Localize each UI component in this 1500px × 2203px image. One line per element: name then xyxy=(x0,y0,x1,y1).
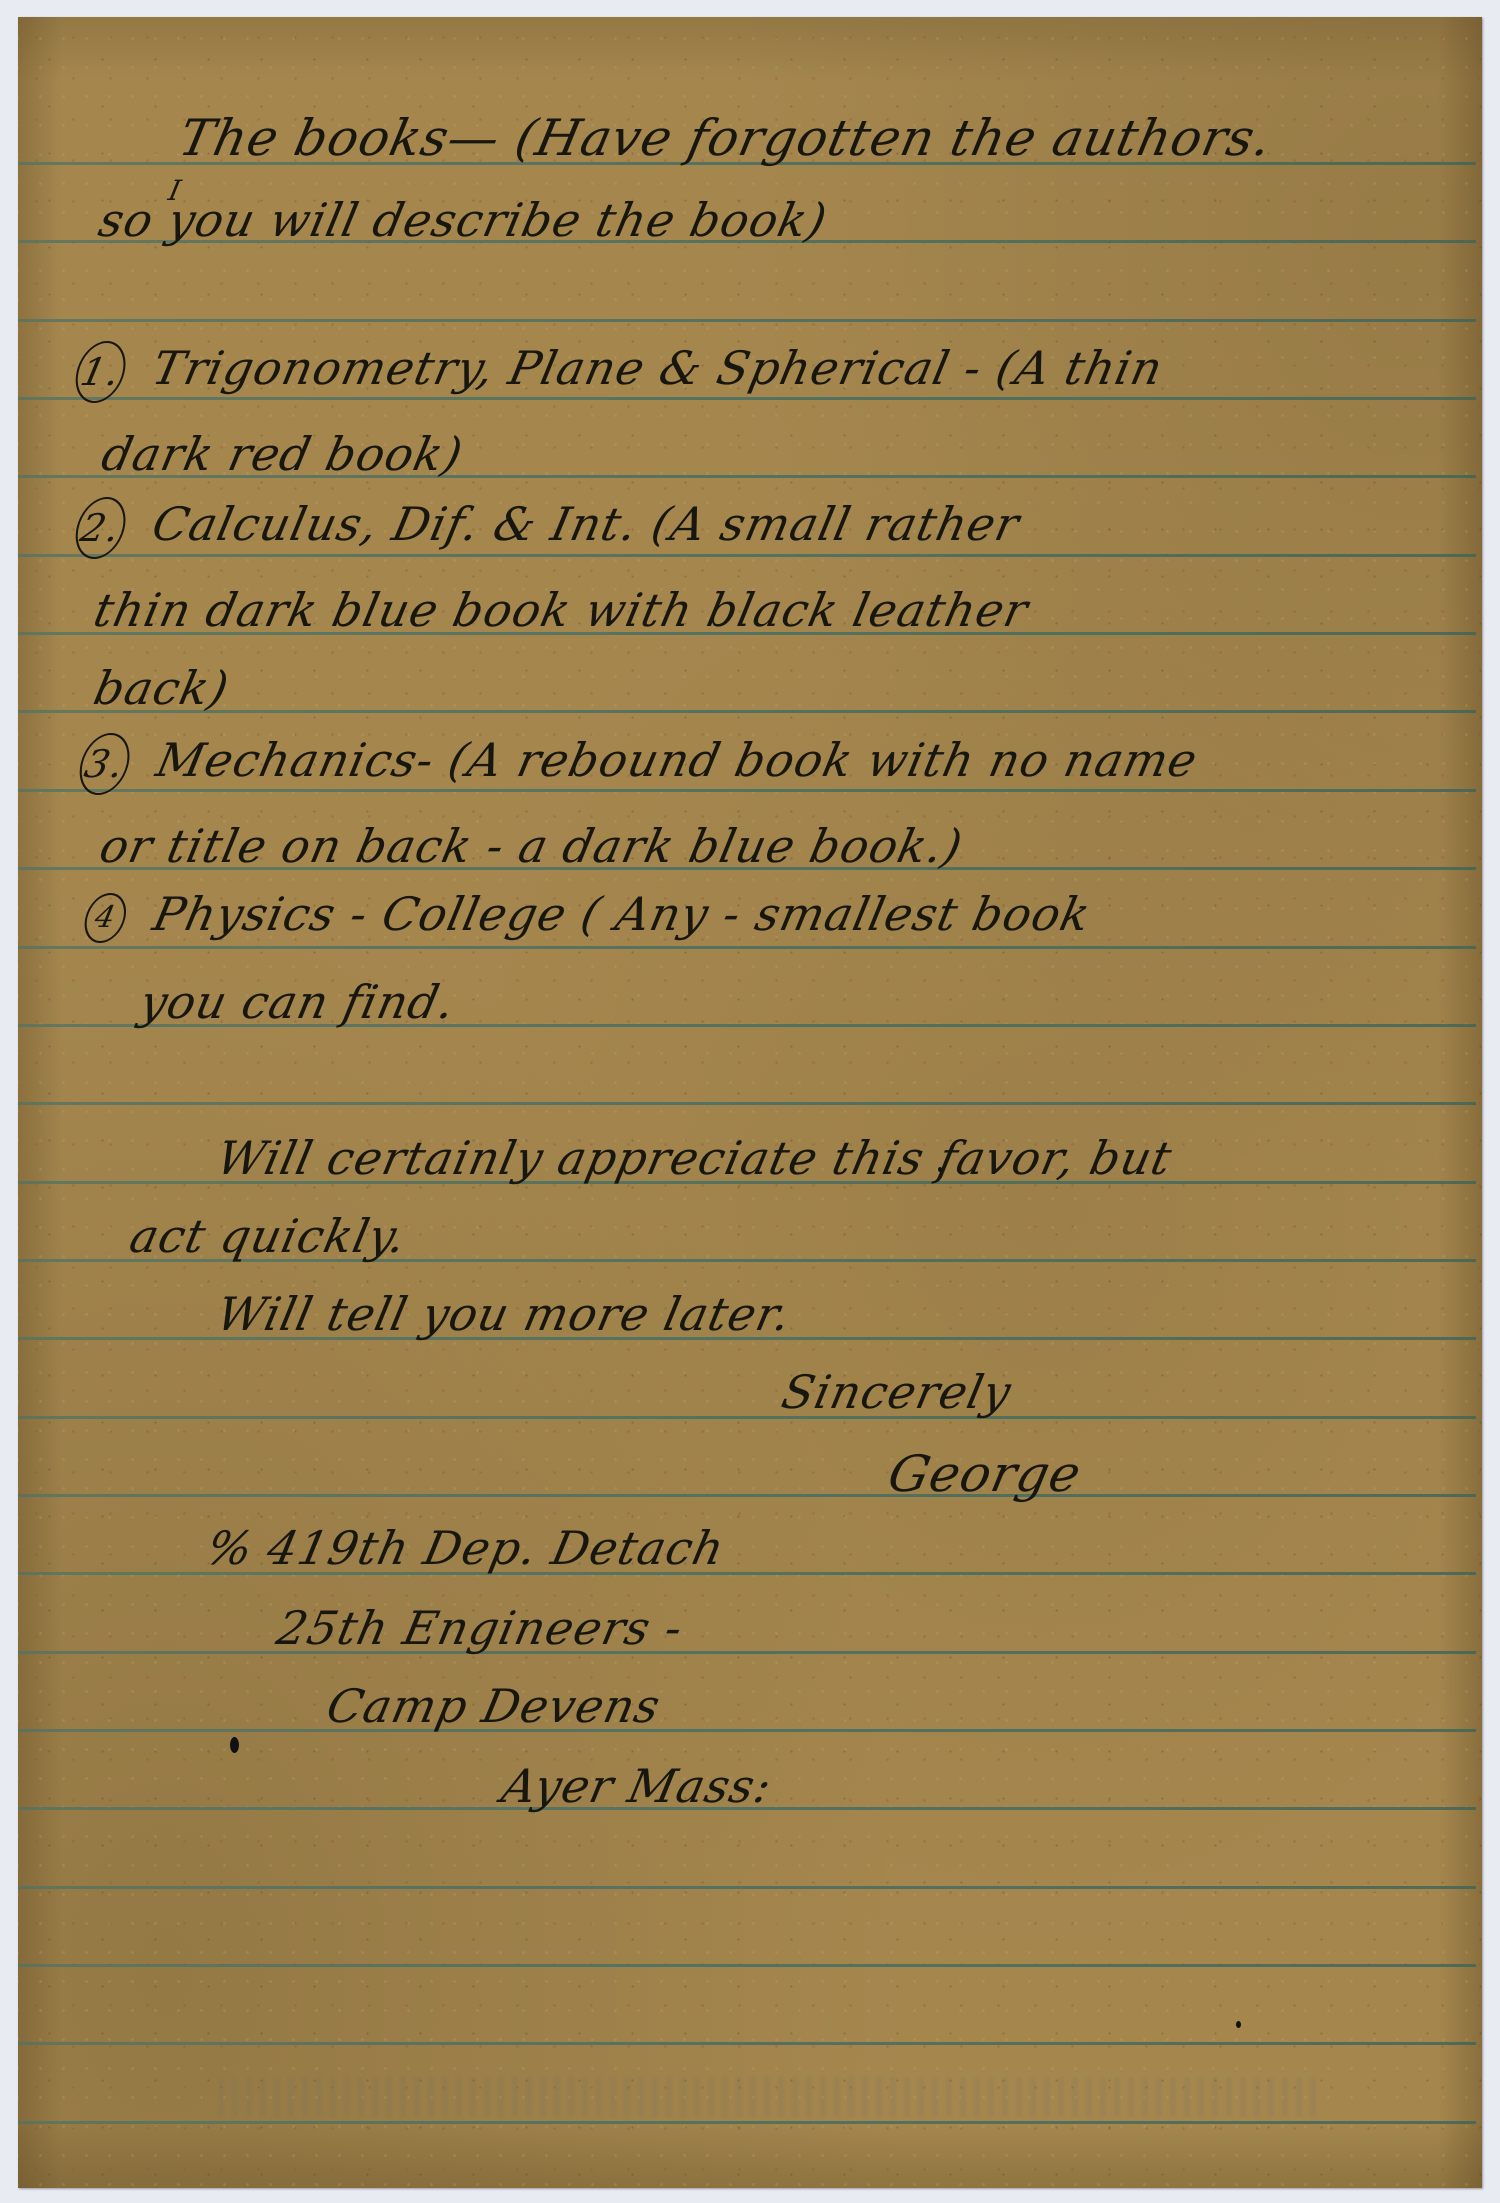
ruled-line xyxy=(18,1651,1476,1654)
address-line-1: % 419th Dep. Detach xyxy=(203,1525,729,1571)
closing-line-1: Will certainly appreciate this favor, bu… xyxy=(213,1135,1176,1181)
item-number-badge: 3. xyxy=(74,733,135,795)
bleed-through-text xyxy=(218,2077,1318,2117)
ink-speck xyxy=(1236,2021,1241,2028)
letter-page: The books— (Have forgotten the authors. … xyxy=(18,17,1482,2188)
ruled-line xyxy=(18,946,1476,949)
list-item-4-cont: you can find. xyxy=(136,979,460,1025)
address-line-2: 25th Engineers - xyxy=(273,1605,687,1651)
item-text: Physics - College ( Any - smallest book xyxy=(148,887,1095,941)
list-item-1-cont: dark red book) xyxy=(98,431,467,477)
list-item-3-cont: or title on back - a dark blue book.) xyxy=(96,823,967,869)
header-line-1: The books— (Have forgotten the authors. xyxy=(175,113,1277,163)
ruled-line xyxy=(18,1964,1476,1967)
ruled-line xyxy=(18,1494,1476,1497)
address-line-3: Camp Devens xyxy=(323,1683,665,1729)
ruled-line xyxy=(18,2121,1476,2124)
ruled-line xyxy=(18,1416,1476,1419)
list-item-3: 3.Mechanics- (A rebound book with no nam… xyxy=(74,733,1203,795)
closing-line-3: Will tell you more later. xyxy=(213,1291,795,1337)
address-line-4: Ayer Mass: xyxy=(498,1763,776,1809)
item-number-badge: 2. xyxy=(70,497,131,559)
ruled-line xyxy=(18,710,1476,713)
list-item-1: 1.Trigonometry, Plane & Spherical - (A t… xyxy=(70,341,1168,403)
valediction: Sincerely xyxy=(778,1369,1016,1415)
list-item-2-cont: back) xyxy=(90,665,233,711)
list-item-2-cont: thin dark blue book with black leather xyxy=(90,587,1033,633)
signature: George xyxy=(884,1449,1086,1499)
item-text: Mechanics- (A rebound book with no name xyxy=(152,733,1203,787)
ruled-line xyxy=(18,1102,1476,1105)
ruled-line xyxy=(18,2042,1476,2045)
ink-speck xyxy=(938,1167,942,1172)
item-number-badge: 4 xyxy=(80,893,131,943)
list-item-2: 2.Calculus, Dif. & Int. (A small rather xyxy=(70,497,1025,559)
ruled-line xyxy=(18,319,1476,322)
closing-line-2: act quickly. xyxy=(126,1213,411,1259)
ink-blot xyxy=(230,1737,239,1753)
item-text: Calculus, Dif. & Int. (A small rather xyxy=(148,497,1025,551)
list-item-4: 4Physics - College ( Any - smallest book xyxy=(80,891,1095,943)
item-text: Trigonometry, Plane & Spherical - (A thi… xyxy=(148,341,1168,395)
item-number-badge: 1. xyxy=(70,341,131,403)
ruled-line xyxy=(18,1886,1476,1889)
ruled-line xyxy=(18,1729,1476,1732)
header-line-2: so you will describe the book) xyxy=(95,197,831,243)
